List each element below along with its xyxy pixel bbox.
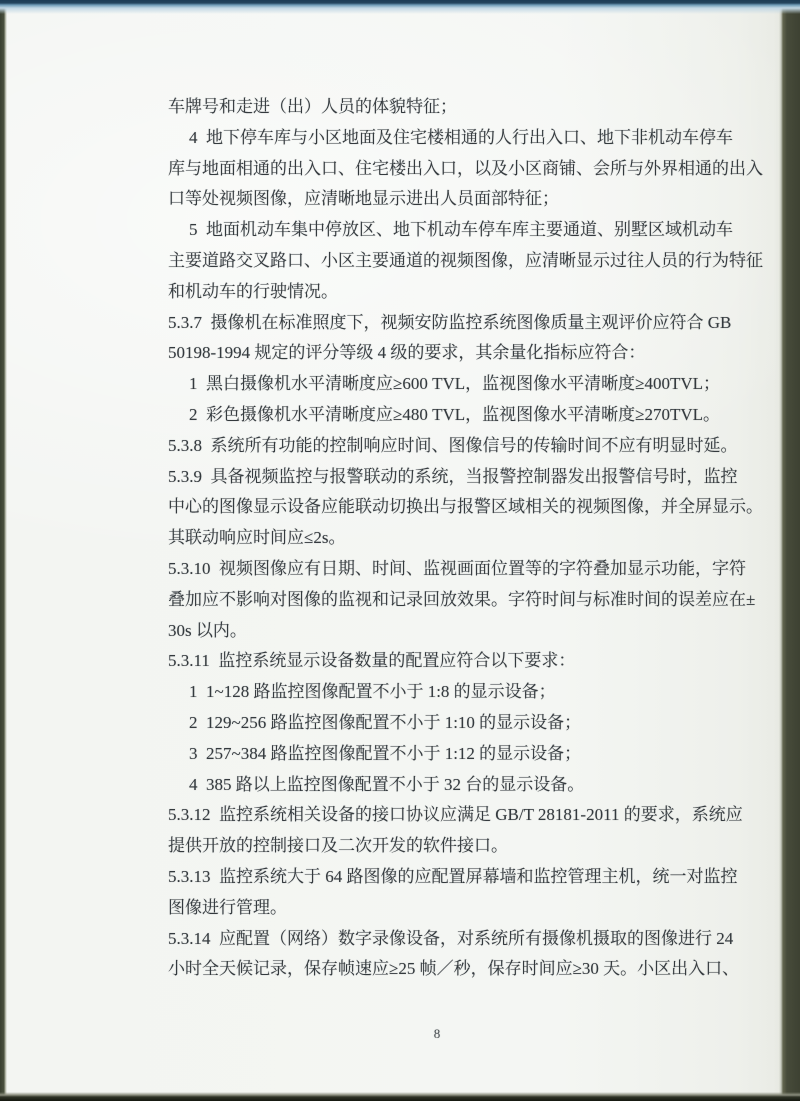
text-line: 其联动响应时间应≤2s。 — [168, 523, 768, 554]
page-number: 8 — [434, 1026, 441, 1042]
text-line: 5.3.12 监控系统相关设备的接口协议应满足 GB/T 28181-2011 … — [168, 800, 768, 831]
scan-edge-bottom — [0, 1092, 800, 1101]
text-line: 5.3.9 具备视频监控与报警联动的系统，当报警控制器发出报警信号时，监控 — [168, 462, 768, 493]
text-line: 4 385 路以上监控图像配置不小于 32 台的显示设备。 — [168, 770, 768, 801]
text-line: 口等处视频图像，应清晰地显示进出人员面部特征； — [168, 184, 768, 215]
text-line: 5 地面机动车集中停放区、地下机动车停车库主要通道、别墅区域机动车 — [168, 215, 768, 246]
text-line: 30s 以内。 — [168, 616, 768, 647]
text-line: 叠加应不影响对图像的监视和记录回放效果。字符时间与标准时间的误差应在± — [168, 585, 768, 616]
text-line: 5.3.10 视频图像应有日期、时间、监视画面位置等的字符叠加显示功能，字符 — [168, 554, 768, 585]
text-line: 车牌号和走进（出）人员的体貌特征； — [168, 92, 768, 123]
text-line: 小时全天候记录，保存帧速应≥25 帧／秒，保存时间应≥30 天。小区出入口、 — [168, 954, 768, 985]
scan-edge-right — [774, 0, 800, 1101]
text-line: 3 257~384 路监控图像配置不小于 1:12 的显示设备； — [168, 739, 768, 770]
text-line: 1 1~128 路监控图像配置不小于 1:8 的显示设备； — [168, 677, 768, 708]
text-line: 主要道路交叉路口、小区主要通道的视频图像，应清晰显示过往人员的行为特征 — [168, 246, 768, 277]
text-line: 5.3.13 监控系统大于 64 路图像的应配置屏幕墙和监控管理主机，统一对监控 — [168, 862, 768, 893]
scanned-document-page: 车牌号和走进（出）人员的体貌特征；4 地下停车库与小区地面及住宅楼相通的人行出入… — [0, 0, 800, 1101]
scan-edge-left — [0, 0, 7, 1101]
text-line: 5.3.14 应配置（网络）数字录像设备，对系统所有摄像机摄取的图像进行 24 — [168, 924, 768, 955]
text-line: 和机动车的行驶情况。 — [168, 277, 768, 308]
text-line: 2 彩色摄像机水平清晰度应≥480 TVL，监视图像水平清晰度≥270TVL。 — [168, 400, 768, 431]
text-line: 5.3.8 系统所有功能的控制响应时间、图像信号的传输时间不应有明显时延。 — [168, 431, 768, 462]
text-line: 提供开放的控制接口及二次开发的软件接口。 — [168, 831, 768, 862]
text-line: 图像进行管理。 — [168, 893, 768, 924]
text-line: 2 129~256 路监控图像配置不小于 1:10 的显示设备； — [168, 708, 768, 739]
text-line: 1 黑白摄像机水平清晰度应≥600 TVL，监视图像水平清晰度≥400TVL； — [168, 369, 768, 400]
document-text: 车牌号和走进（出）人员的体貌特征；4 地下停车库与小区地面及住宅楼相通的人行出入… — [168, 92, 768, 985]
text-line: 库与地面相通的出入口、住宅楼出入口，以及小区商铺、会所与外界相通的出入 — [168, 154, 768, 185]
scan-edge-top — [0, 0, 800, 14]
text-line: 4 地下停车库与小区地面及住宅楼相通的人行出入口、地下非机动车停车 — [168, 123, 768, 154]
text-line: 50198-1994 规定的评分等级 4 级的要求，其余量化指标应符合： — [168, 338, 768, 369]
text-line: 5.3.11 监控系统显示设备数量的配置应符合以下要求： — [168, 646, 768, 677]
text-line: 5.3.7 摄像机在标准照度下，视频安防监控系统图像质量主观评价应符合 GB — [168, 308, 768, 339]
text-line: 中心的图像显示设备应能联动切换出与报警区域相关的视频图像，并全屏显示。 — [168, 492, 768, 523]
